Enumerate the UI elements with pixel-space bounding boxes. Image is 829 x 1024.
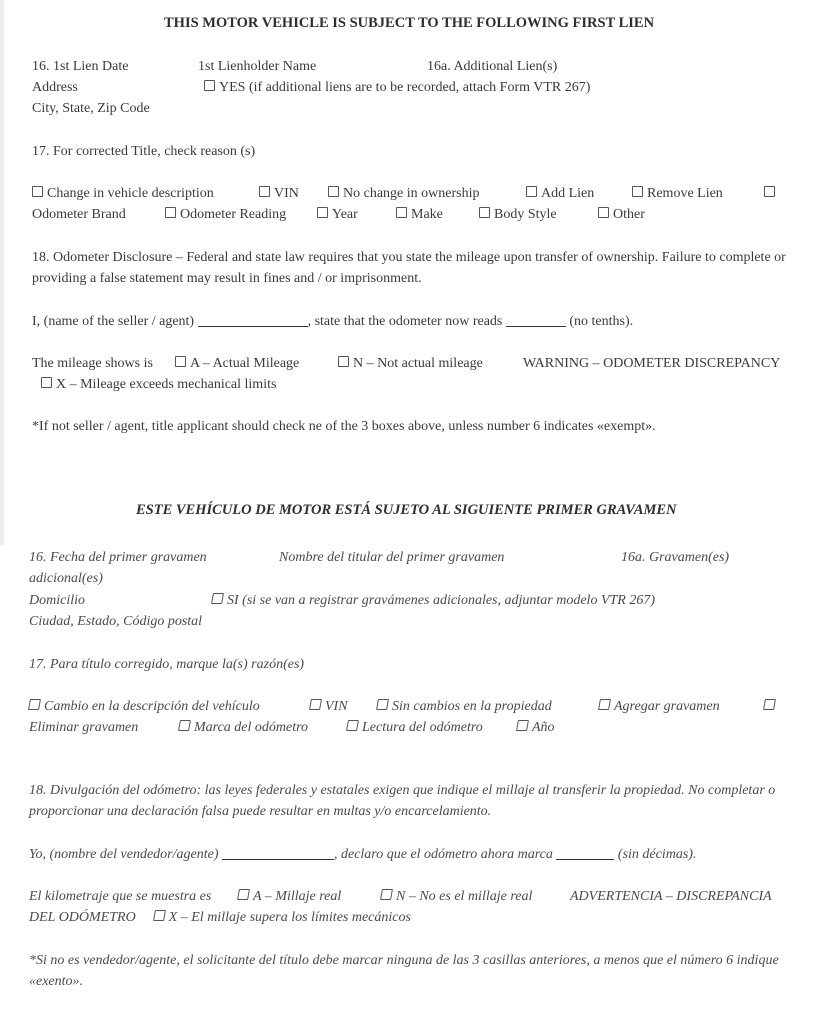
city-state-zip-label-es: Ciudad, Estado, Código postal	[29, 611, 202, 632]
odometer-warning: WARNING – ODOMETER DISCREPANCY	[523, 353, 780, 374]
checkbox[interactable]	[178, 720, 191, 731]
additional-liens-cont-es: adicional(es)	[29, 568, 103, 589]
option-label: Agregar gravamen	[614, 699, 720, 714]
option-label: Other	[613, 207, 645, 222]
option-label: X – Mileage exceeds mechanical limits	[56, 377, 276, 392]
odometer-disclosure-text-es: 18. Divulgación del odómetro: las leyes …	[29, 780, 799, 822]
option-no-change-ownership[interactable]: No change in ownership	[328, 183, 479, 204]
checkbox[interactable]	[153, 910, 166, 921]
checkbox[interactable]	[632, 186, 643, 197]
option-label: Remove Lien	[647, 186, 723, 201]
checkbox[interactable]	[526, 186, 537, 197]
additional-liens-label: 16a. Additional Lien(s)	[427, 56, 557, 77]
city-state-zip-label: City, State, Zip Code	[32, 98, 150, 119]
checkbox[interactable]	[598, 699, 611, 710]
left-edge-bar	[0, 0, 4, 545]
option-label: Sin cambios en la propiedad	[392, 699, 552, 714]
opcion-eliminar-gravamen-label: Eliminar gravamen	[29, 717, 138, 738]
checkbox[interactable]	[598, 207, 609, 218]
option-label: VIN	[325, 699, 348, 714]
checkbox[interactable]	[763, 699, 776, 710]
opcion-agregar-gravamen[interactable]: Agregar gravamen	[599, 696, 720, 717]
option-vin[interactable]: VIN	[259, 183, 299, 204]
checkbox[interactable]	[328, 186, 339, 197]
statement-prefix: I, (name of the seller / agent)	[32, 314, 194, 329]
checkbox[interactable]	[317, 207, 328, 218]
odometer-disclosure-text: 18. Odometer Disclosure – Federal and st…	[32, 247, 792, 289]
checkbox[interactable]	[764, 186, 775, 197]
odometer-note-es: *Si no es vendedor/agente, el solicitant…	[29, 950, 799, 992]
option-make[interactable]: Make	[396, 204, 443, 225]
statement-suffix: (no tenths).	[569, 314, 633, 329]
option-odometer-reading[interactable]: Odometer Reading	[165, 204, 286, 225]
option-label: Year	[332, 207, 358, 222]
option-actual-mileage[interactable]: A – Actual Mileage	[175, 353, 299, 374]
option-label: Lectura del odómetro	[362, 720, 483, 735]
odometer-statement-es: Yo, (nombre del vendedor/agente) , decla…	[29, 844, 696, 865]
address-label-es: Domicilio	[29, 590, 85, 611]
corrected-title-heading-es: 17. Para título corregido, marque la(s) …	[29, 654, 304, 675]
opcion-eliminar-gravamen-checkbox[interactable]	[764, 696, 779, 717]
option-add-lien[interactable]: Add Lien	[526, 183, 594, 204]
option-odometer-brand-label: Odometer Brand	[32, 204, 126, 225]
checkbox[interactable]	[175, 356, 186, 367]
opcion-supera-limites[interactable]: X – El millaje supera los límites mecáni…	[169, 910, 411, 925]
opcion-cambio-descripcion[interactable]: Cambio en la descripción del vehículo	[29, 696, 260, 717]
opcion-marca-odometro[interactable]: Marca del odómetro	[179, 717, 308, 738]
opcion-lectura-odometro[interactable]: Lectura del odómetro	[347, 717, 483, 738]
mileage-label: The mileage shows is	[32, 353, 153, 374]
section-title-en: THIS MOTOR VEHICLE IS SUBJECT TO THE FOL…	[164, 13, 654, 34]
statement-prefix: Yo, (nombre del vendedor/agente)	[29, 847, 218, 862]
option-label: Add Lien	[541, 186, 594, 201]
checkbox[interactable]	[516, 720, 529, 731]
checkbox[interactable]	[396, 207, 407, 218]
odometer-statement: I, (name of the seller / agent) , state …	[32, 311, 633, 332]
option-remove-lien[interactable]: Remove Lien	[632, 183, 723, 204]
opcion-sin-cambios[interactable]: Sin cambios en la propiedad	[377, 696, 552, 717]
address-label: Address	[32, 77, 78, 98]
odometer-warning-es: ADVERTENCIA – DISCREPANCIA DEL ODÓMETROX…	[29, 886, 799, 928]
option-label: Body Style	[494, 207, 557, 222]
checkbox[interactable]	[259, 186, 270, 197]
odometer-reading-field-es[interactable]	[556, 845, 614, 860]
opcion-vin[interactable]: VIN	[310, 696, 348, 717]
option-label: Change in vehicle description	[47, 186, 214, 201]
first-lien-date-label-es: 16. Fecha del primer gravamen	[29, 547, 207, 568]
checkbox[interactable]	[376, 699, 389, 710]
lienholder-name-label-es: Nombre del titular del primer gravamen	[279, 547, 504, 568]
seller-name-field-es[interactable]	[222, 845, 334, 860]
statement-middle: , declaro que el odómetro ahora marca	[334, 847, 553, 862]
option-label: No change in ownership	[343, 186, 479, 201]
option-not-actual-mileage[interactable]: N – Not actual mileage	[338, 353, 483, 374]
option-label: Marca del odómetro	[194, 720, 308, 735]
checkbox[interactable]	[338, 356, 349, 367]
odometer-note: *If not seller / agent, title applicant …	[32, 416, 656, 437]
section-title-es: ESTE VEHÍCULO DE MOTOR ESTÁ SUJETO AL SI…	[136, 500, 677, 521]
additional-liens-yes-option[interactable]: YES (if additional liens are to be recor…	[204, 77, 590, 98]
corrected-title-heading: 17. For corrected Title, check reason (s…	[32, 141, 255, 162]
odometer-reading-field[interactable]	[506, 312, 566, 327]
checkbox[interactable]	[165, 207, 176, 218]
checkbox[interactable]	[309, 699, 322, 710]
checkbox[interactable]	[28, 699, 41, 710]
option-label: Año	[532, 720, 555, 735]
checkbox[interactable]	[479, 207, 490, 218]
checkbox[interactable]	[204, 80, 215, 91]
option-other[interactable]: Other	[598, 204, 645, 225]
checkbox[interactable]	[32, 186, 43, 197]
opcion-ano[interactable]: Año	[517, 717, 555, 738]
option-label: A – Actual Mileage	[190, 356, 299, 371]
additional-liens-si-option[interactable]: SI (si se van a registrar gravámenes adi…	[212, 590, 655, 611]
yes-option-label: YES (if additional liens are to be recor…	[219, 80, 590, 95]
option-odometer-brand-checkbox[interactable]	[764, 183, 779, 204]
option-year[interactable]: Year	[317, 204, 358, 225]
option-label: N – Not actual mileage	[353, 356, 483, 371]
additional-liens-label-es: 16a. Gravamen(es)	[621, 547, 729, 568]
si-option-label: SI (si se van a registrar gravámenes adi…	[227, 593, 655, 608]
option-body-style[interactable]: Body Style	[479, 204, 557, 225]
option-label: Odometer Reading	[180, 207, 286, 222]
option-label: VIN	[274, 186, 299, 201]
first-lien-date-label: 16. 1st Lien Date	[32, 56, 128, 77]
option-label: Make	[411, 207, 443, 222]
statement-middle: , state that the odometer now reads	[308, 314, 503, 329]
lienholder-name-label: 1st Lienholder Name	[198, 56, 316, 77]
option-change-vehicle-description[interactable]: Change in vehicle description	[32, 183, 214, 204]
option-exceeds-mechanical-limits[interactable]: X – Mileage exceeds mechanical limits	[41, 374, 276, 395]
checkbox[interactable]	[41, 377, 52, 388]
checkbox[interactable]	[346, 720, 359, 731]
option-label: Cambio en la descripción del vehículo	[44, 699, 260, 714]
checkbox[interactable]	[211, 593, 224, 604]
seller-name-field[interactable]	[198, 312, 308, 327]
statement-suffix: (sin décimas).	[618, 847, 697, 862]
